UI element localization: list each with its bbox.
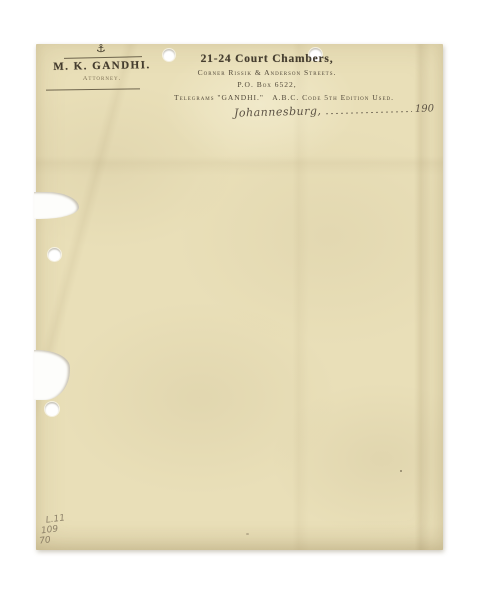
punch-hole-left-lower xyxy=(45,402,59,416)
scan-background: ⚓ M. K. GANDHI. Attorney. 21-24 Court Ch… xyxy=(0,0,480,600)
paper-sheet: ⚓ M. K. GANDHI. Attorney. 21-24 Court Ch… xyxy=(36,44,443,550)
punch-hole-left-upper xyxy=(48,248,61,261)
dateline-underline xyxy=(326,104,412,114)
edge-tear-lower xyxy=(34,350,70,400)
office-address-line1: 21-24 Court Chambers, xyxy=(136,53,398,65)
office-address-line2: Corner Rissik & Anderson Streets. xyxy=(136,68,398,77)
dateline: Johannesburg, 190 xyxy=(234,101,434,119)
anchor-icon: ⚓ xyxy=(96,42,106,55)
office-code: A.B.C. Code 5th Edition Used. xyxy=(272,93,394,102)
sender-rule-top xyxy=(64,56,142,59)
paper-speck xyxy=(246,533,249,535)
pencil-annotation: L.11 109 70 xyxy=(36,513,68,546)
sender-rule-bottom xyxy=(46,88,140,90)
dateline-city: Johannesburg, xyxy=(234,104,322,119)
office-po-box: P.O. Box 6522, xyxy=(136,80,398,89)
office-telegrams: Telegrams "GANDHI." xyxy=(174,93,264,102)
edge-tear-upper xyxy=(34,192,79,219)
office-header: 21-24 Court Chambers, Corner Rissik & An… xyxy=(136,53,398,102)
pencil-mark: 70 xyxy=(39,533,68,546)
paper-speck xyxy=(400,470,402,472)
dateline-year: 190 xyxy=(415,103,434,114)
